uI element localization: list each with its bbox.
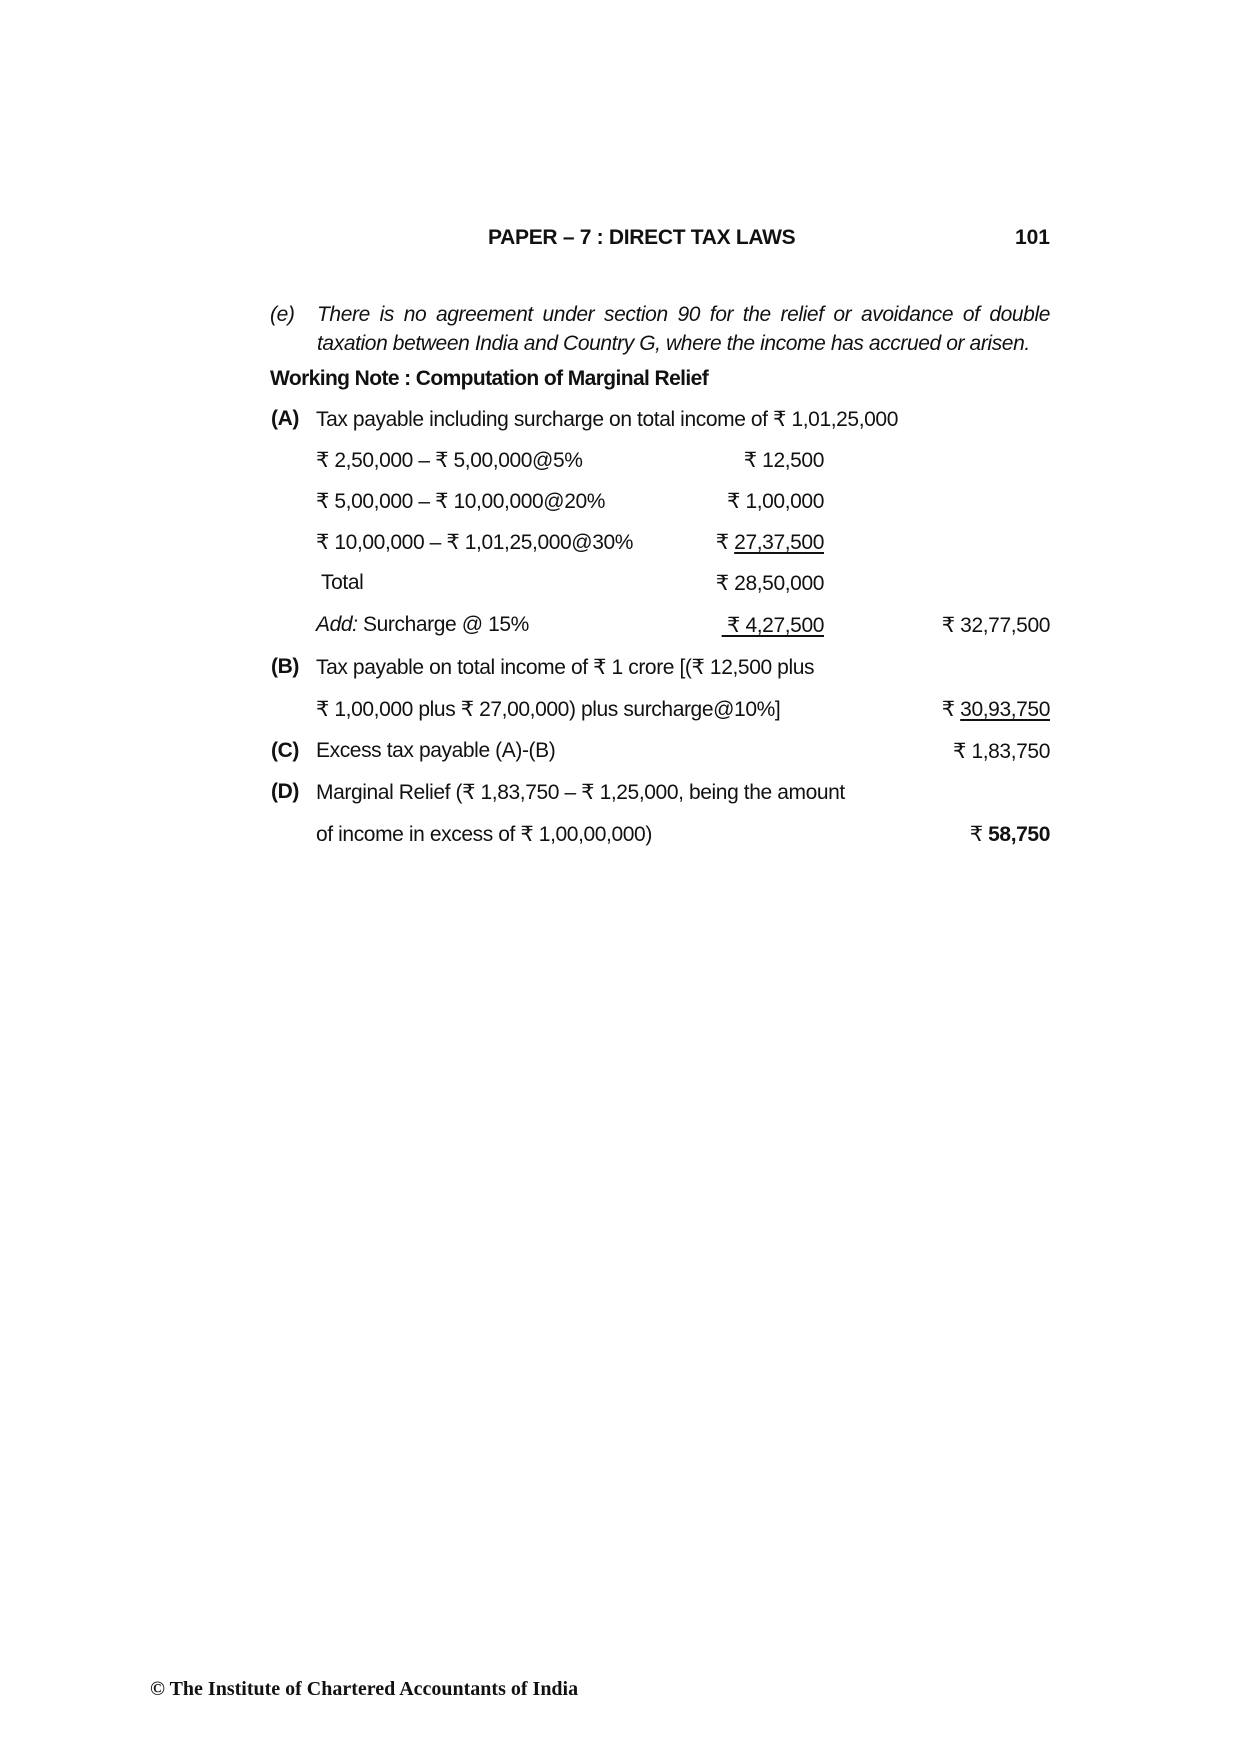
row-description: Add: Surcharge @ 15% (316, 613, 529, 637)
bold-amount: 58,750 (988, 823, 1050, 846)
document-page: PAPER – 7 : DIRECT TAX LAWS 101 (e) Ther… (0, 0, 1241, 1755)
row-label: (D) (271, 780, 299, 804)
underlined-amount: 30,93,750 (960, 698, 1050, 721)
computation-row-slab-2: ₹ 5,00,000 – ₹ 10,00,000@20% ₹ 1,00,000 (0, 489, 1241, 519)
row-description: Tax payable including surcharge on total… (316, 407, 898, 432)
rupee-sign: ₹ (970, 823, 988, 846)
row-description: Total (316, 571, 363, 595)
computation-row-surcharge: Add: Surcharge @ 15% ₹ 4,27,500 ₹ 32,77,… (0, 613, 1241, 643)
row-amount: ₹ 27,37,500 (716, 530, 824, 555)
row-description: ₹ 1,00,000 plus ₹ 27,00,000) plus surcha… (316, 697, 780, 722)
row-description: Tax payable on total income of ₹ 1 crore… (316, 655, 814, 680)
row-description: of income in excess of ₹ 1,00,00,000) (316, 822, 652, 847)
computation-row-c: (C) Excess tax payable (A)-(B) ₹ 1,83,75… (0, 739, 1241, 769)
computation-row-d: (D) Marginal Relief (₹ 1,83,750 – ₹ 1,25… (0, 780, 1241, 810)
note-e-label: (e) (270, 300, 294, 329)
row-amount: ₹ 1,00,000 (727, 489, 824, 514)
computation-row-total: Total ₹ 28,50,000 (0, 571, 1241, 601)
row-amount: ₹ 28,50,000 (716, 571, 824, 596)
add-label: Add: (316, 613, 358, 636)
working-note-heading: Working Note : Computation of Marginal R… (270, 367, 708, 391)
row-total-amount: ₹ 32,77,500 (942, 613, 1050, 638)
computation-row-b-cont: ₹ 1,00,000 plus ₹ 27,00,000) plus surcha… (0, 697, 1241, 727)
page-number: 101 (1015, 226, 1050, 250)
marginal-relief-amount: ₹ 58,750 (970, 822, 1050, 847)
computation-row-slab-3: ₹ 10,00,000 – ₹ 1,01,25,000@30% ₹ 27,37,… (0, 530, 1241, 560)
row-description: ₹ 10,00,000 – ₹ 1,01,25,000@30% (316, 530, 633, 555)
row-description: ₹ 2,50,000 – ₹ 5,00,000@5% (316, 448, 583, 473)
computation-row-a: (A) Tax payable including surcharge on t… (0, 407, 1241, 437)
row-amount: ₹ 4,27,500 (722, 613, 824, 638)
row-description: Excess tax payable (A)-(B) (316, 739, 555, 763)
row-description: ₹ 5,00,000 – ₹ 10,00,000@20% (316, 489, 605, 514)
row-total-amount: ₹ 30,93,750 (942, 697, 1050, 722)
underlined-amount: 27,37,500 (734, 531, 824, 554)
computation-row-d-cont: of income in excess of ₹ 1,00,00,000) ₹ … (0, 822, 1241, 852)
rupee-sign: ₹ (716, 531, 734, 554)
row-label: (C) (271, 739, 299, 763)
copyright-footer: © The Institute of Chartered Accountants… (150, 1678, 578, 1701)
row-label: (A) (271, 407, 299, 431)
row-description: Marginal Relief (₹ 1,83,750 – ₹ 1,25,000… (316, 780, 845, 805)
row-total-amount: ₹ 1,83,750 (953, 739, 1050, 764)
rupee-sign: ₹ (942, 698, 960, 721)
row-amount: ₹ 12,500 (744, 448, 824, 473)
running-header-title: PAPER – 7 : DIRECT TAX LAWS (488, 226, 795, 250)
row-label: (B) (271, 655, 299, 679)
computation-row-b: (B) Tax payable on total income of ₹ 1 c… (0, 655, 1241, 685)
computation-row-slab-1: ₹ 2,50,000 – ₹ 5,00,000@5% ₹ 12,500 (0, 448, 1241, 478)
note-e-text: There is no agreement under section 90 f… (317, 300, 1050, 358)
